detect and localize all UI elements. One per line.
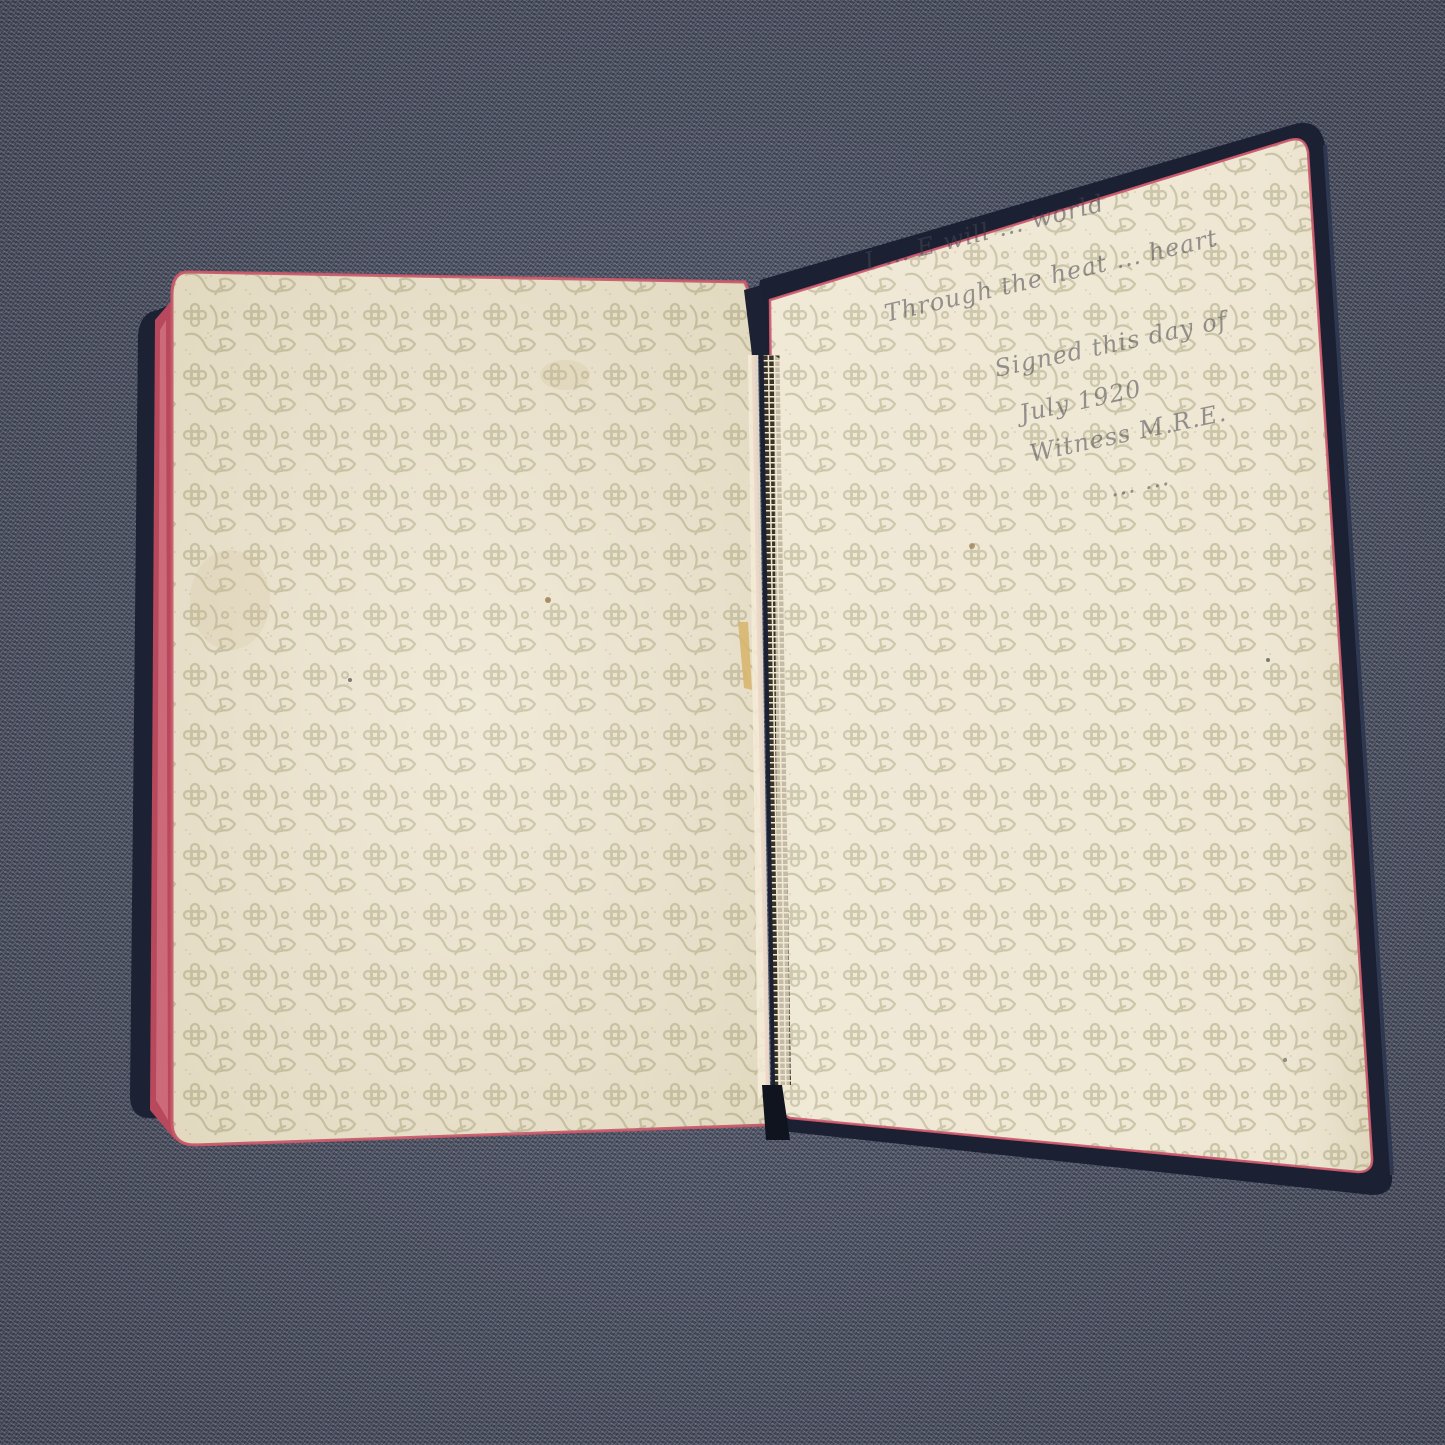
open-book — [0, 0, 1445, 1445]
